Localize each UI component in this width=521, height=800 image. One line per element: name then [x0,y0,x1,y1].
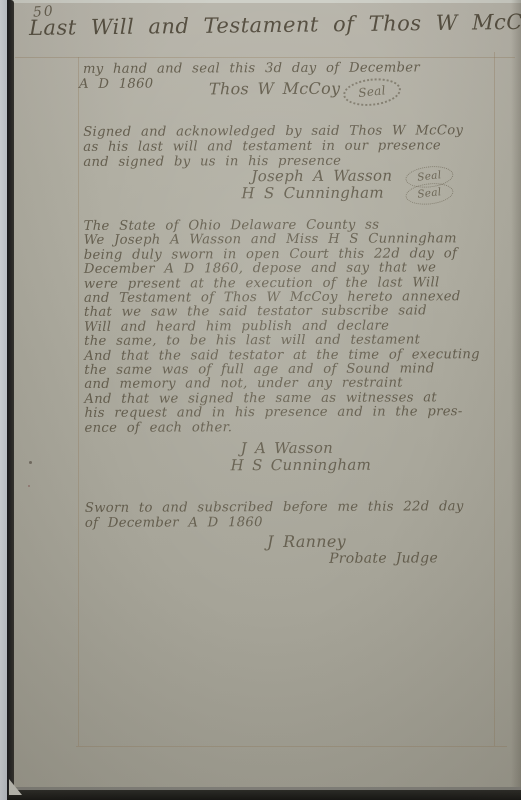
document-title: Last Will and Testament of Thos W McCoy … [29,10,515,40]
witness-signature: H S Cunningham [231,456,495,474]
document-body: my hand and seal this 3d day of December… [83,60,495,568]
affidavit-paragraph: The State of Ohio Delaware County ss We … [84,218,495,475]
seal-flourish: Seal [404,181,454,207]
handwritten-line: of December A D 1860 [85,514,495,531]
margin-rule-left [78,57,79,746]
handwritten-line: as his last will and testament in our pr… [83,138,493,155]
witness-signature: J A Wasson [241,439,495,457]
closing-paragraph: my hand and seal this 3d day of December… [83,60,493,104]
ledger-page: 50 Last Will and Testament of Thos W McC… [0,0,521,800]
seal-flourish: Seal [342,76,403,109]
handwritten-line: his request and in his presence and in t… [84,405,494,421]
testator-signature: Thos W McCoy [209,81,340,97]
handwritten-line: Sworn to and subscribed before me this 2… [85,499,495,516]
witness-signature: H S Cunningham [241,184,384,203]
judge-title: Probate Judge [329,551,495,567]
judge-signature: J Ranney [267,532,495,551]
witness-signature-row: H S Cunningham Seal [83,185,493,204]
handwritten-line: ence of each other. [84,420,494,436]
margin-rule-bottom [76,746,507,747]
handwritten-line: A D 1860 [79,77,154,92]
attestation-paragraph: Signed and acknowledged by said Thos W M… [83,123,493,204]
witness-signature: Joseph A Wasson [251,167,392,186]
testator-signature-row: A D 1860 Thos W McCoy Seal [83,75,493,104]
margin-rule-top [15,57,515,58]
affidavit-signatures: J A Wasson H S Cunningham [85,439,495,475]
photographed-ledger-page: 50 Last Will and Testament of Thos W McC… [0,0,521,800]
jurat-paragraph: Sworn to and subscribed before me this 2… [85,499,495,568]
